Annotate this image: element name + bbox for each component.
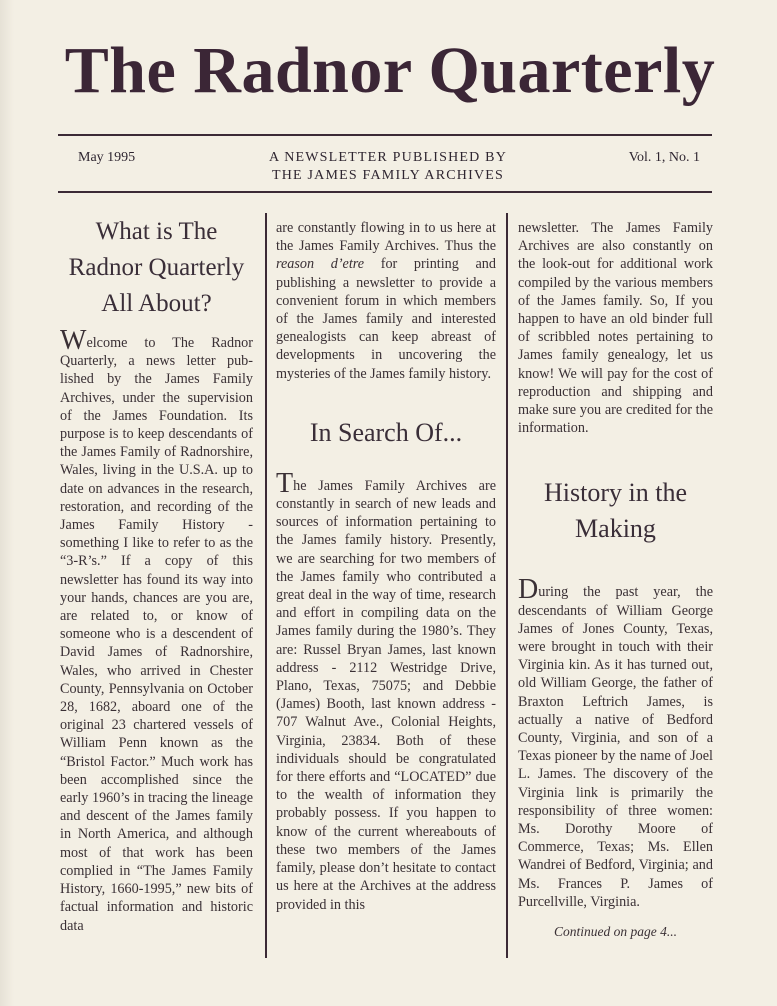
masthead-bottom-rule xyxy=(58,191,712,193)
page-edge-shadow xyxy=(0,0,14,1006)
article-text: uring the past year, the descendants of … xyxy=(518,584,713,909)
article-text: are constantly flowing in to us here at … xyxy=(276,220,496,254)
continued-on-page-note: Continued on page 4... xyxy=(518,923,713,941)
column-1: What is The Radnor Quarterly All About? … xyxy=(60,214,253,935)
publisher-line-1: A NEWSLETTER PUBLISHED BY xyxy=(248,149,528,167)
volume-number: Vol. 1, No. 1 xyxy=(629,150,700,166)
italic-phrase: reason d’etre xyxy=(276,256,364,272)
heading-line: What is The xyxy=(60,214,253,250)
article-heading-what-is: What is The Radnor Quarterly All About? xyxy=(60,214,253,322)
column-2: are constantly flowing in to us here at … xyxy=(276,219,496,914)
article-heading-history-in-the-making: History in the Making xyxy=(518,475,713,547)
newsletter-title: The Radnor Quarterly xyxy=(60,38,720,104)
article-text: for printing and publishing a newsletter… xyxy=(276,256,496,381)
article-body-history: During the past year, the descendants of… xyxy=(518,581,713,911)
masthead-top-rule xyxy=(58,134,712,136)
column-divider-2 xyxy=(506,213,508,958)
drop-cap: W xyxy=(60,325,86,356)
article-body-in-search-of: The James Family Archives are constantly… xyxy=(276,475,496,914)
drop-cap: T xyxy=(276,468,293,499)
issue-date: May 1995 xyxy=(78,150,135,166)
heading-line: Radnor Quarterly xyxy=(60,250,253,286)
article-body-in-search-of-continued: newsletter. The James Family Archives ar… xyxy=(518,219,713,437)
article-body-what-is-continued: are constantly flowing in to us here at … xyxy=(276,219,496,383)
article-text: elcome to The Radnor Quarterly, a news l… xyxy=(60,335,253,934)
masthead-subhead: May 1995 A NEWSLETTER PUBLISHED BY THE J… xyxy=(58,149,712,185)
publisher-line-2: THE JAMES FAMILY ARCHIVES xyxy=(248,167,528,185)
heading-line: All About? xyxy=(60,286,253,322)
article-body-what-is: Welcome to The Radnor Quarterly, a news … xyxy=(60,332,253,935)
heading-line: Making xyxy=(518,511,713,547)
article-heading-in-search-of: In Search Of... xyxy=(276,415,496,451)
heading-line: History in the xyxy=(518,475,713,511)
column-3: newsletter. The James Family Archives ar… xyxy=(518,219,713,941)
article-text: he James Family Archives are constantly … xyxy=(276,478,496,913)
publisher-block: A NEWSLETTER PUBLISHED BY THE JAMES FAMI… xyxy=(248,149,528,185)
column-divider-1 xyxy=(265,213,267,958)
drop-cap: D xyxy=(518,574,538,605)
